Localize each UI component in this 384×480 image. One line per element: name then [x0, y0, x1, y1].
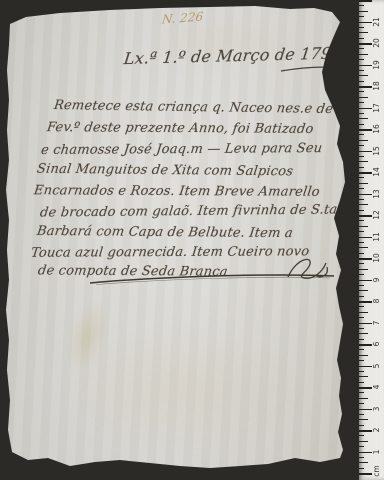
ruler-tick	[359, 231, 364, 232]
ruler-label: 12	[371, 209, 381, 221]
ruler-tick	[359, 54, 368, 55]
ruler-tick	[359, 269, 368, 270]
ruler-tick	[359, 81, 364, 82]
ruler-tick	[359, 382, 364, 383]
ruler-label: cm	[371, 465, 381, 477]
ruler-label: 16	[371, 123, 381, 135]
ruler-tick	[359, 414, 364, 415]
ruler-tick	[359, 140, 368, 141]
ruler-tick	[359, 38, 364, 39]
ruler-tick	[359, 113, 364, 114]
ruler-tick	[359, 462, 368, 463]
ruler-tick	[359, 97, 368, 98]
ruler-tick	[359, 435, 364, 436]
date-underline	[279, 64, 337, 74]
ruler-label: 20	[371, 37, 381, 49]
ruler-tick	[359, 419, 368, 420]
ruler-tick	[359, 226, 368, 227]
ruler-tick	[359, 0, 372, 2]
ruler-label: 3	[371, 403, 381, 415]
ruler-tick	[359, 253, 364, 254]
manuscript-line: Encarnados e Rozos. Item Breve Amarello	[33, 183, 321, 199]
ruler-tick	[359, 285, 364, 286]
ruler-tick	[359, 398, 368, 399]
ruler-label: 8	[371, 295, 381, 307]
ruler-tick	[359, 263, 364, 264]
ruler-tick	[359, 91, 364, 92]
manuscript-line: de compota de Seda Branca	[37, 263, 229, 279]
manuscript-line: Barbará com Capa de Belbute. Item a	[36, 224, 294, 241]
ruler-tick	[359, 167, 364, 168]
ruler-tick	[359, 312, 368, 313]
ruler-tick	[359, 118, 368, 119]
ruler-tick	[359, 11, 368, 12]
ruler-tick	[359, 220, 364, 221]
ruler-tick	[359, 247, 368, 248]
ruler-tick	[359, 446, 364, 447]
ruler-tick	[359, 296, 364, 297]
ruler-tick	[359, 210, 364, 211]
ruler-tick	[359, 161, 368, 162]
ruler-tick	[359, 360, 364, 361]
ruler-tick	[359, 306, 364, 307]
photo-stage: N. 226 Lx.ª 1.º de Março de 1795 a Remet…	[0, 0, 384, 480]
ruler-tick	[359, 102, 364, 103]
ruler-label: 6	[371, 338, 381, 350]
ruler-label: 4	[371, 381, 381, 393]
ruler-label: 14	[371, 166, 381, 178]
ruler-tick	[359, 339, 364, 340]
ruler-tick	[359, 145, 364, 146]
ruler-tick	[359, 5, 364, 6]
ruler-tick	[359, 204, 368, 205]
measurement-ruler: 123456789101112131415161718192021cm	[359, 0, 384, 480]
ruler-tick	[359, 188, 364, 189]
manuscript-line: Fev.º deste prezente Anno, foi Batizado	[46, 120, 314, 137]
ruler-tick	[359, 274, 364, 275]
ruler-label: 2	[371, 424, 381, 436]
ruler-tick	[359, 317, 364, 318]
ruler-label: 10	[371, 252, 381, 264]
ruler-tick	[359, 27, 364, 28]
ruler-label: 18	[371, 80, 381, 92]
manuscript-paper: N. 226 Lx.ª 1.º de Março de 1795 a Remet…	[0, 0, 384, 480]
ruler-tick	[359, 242, 364, 243]
date-line: Lx.ª 1.º de Março de 1795 a	[123, 43, 358, 68]
ruler-label: 17	[371, 102, 381, 114]
ruler-tick	[359, 371, 364, 372]
ruler-tick	[359, 425, 364, 426]
ruler-tick	[359, 75, 368, 76]
ruler-tick	[359, 183, 368, 184]
ruler-label: 1	[371, 446, 381, 458]
ruler-tick	[359, 134, 364, 135]
ruler-label: 5	[371, 360, 381, 372]
ruler-tick	[359, 32, 368, 33]
ruler-tick	[359, 403, 364, 404]
manuscript-line: Touca azul goarnecida. Item Cueiro novo	[30, 244, 310, 260]
paper-stain	[53, 287, 122, 384]
ruler-tick	[359, 468, 364, 469]
ruler-tick	[359, 59, 364, 60]
ruler-tick	[359, 392, 364, 393]
ruler-tick	[359, 290, 368, 291]
manuscript-line: Remetece esta criança q. Naceo nes.e de	[53, 98, 334, 117]
ruler-label: 15	[371, 145, 381, 157]
ruler-tick	[359, 124, 364, 125]
ruler-tick	[359, 70, 364, 71]
ruler-tick	[359, 457, 364, 458]
ruler-tick	[359, 16, 364, 17]
ruler-tick	[359, 177, 364, 178]
ruler-label: 11	[371, 231, 381, 243]
ruler-tick	[359, 349, 364, 350]
archive-number: N. 226	[161, 9, 204, 26]
ruler-label: 7	[371, 317, 381, 329]
ruler-tick	[359, 333, 368, 334]
ruler-label: 13	[371, 188, 381, 200]
manuscript-line: e chamosse José Joaq.m — Leva para Seu	[40, 141, 323, 158]
manuscript-line: de brocado com galaõ. Item fivrinha de S…	[39, 202, 338, 220]
manuscript-line: Sinal Manguitos de Xita com Salpicos	[36, 162, 294, 180]
ruler-tick	[359, 328, 364, 329]
ruler-tick	[359, 156, 364, 157]
ruler-tick	[359, 199, 364, 200]
ruler-label: 21	[371, 16, 381, 28]
ruler-tick	[359, 48, 364, 49]
ruler-label: 19	[371, 59, 381, 71]
ruler-label: 9	[371, 274, 381, 286]
ruler-tick	[359, 376, 368, 377]
ruler-tick	[359, 355, 368, 356]
ruler-tick	[359, 441, 368, 442]
paper-stain	[60, 326, 310, 451]
